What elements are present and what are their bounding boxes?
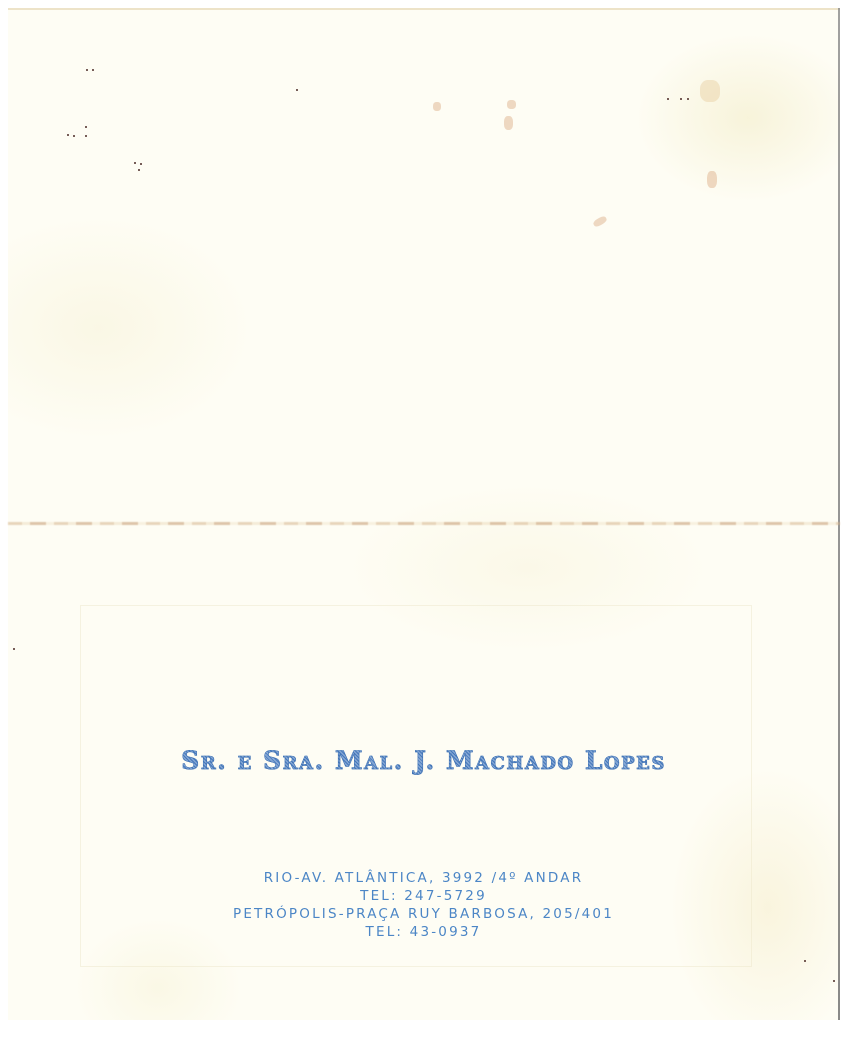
ink-speck (296, 89, 298, 91)
ink-speck (73, 135, 75, 137)
ink-speck (680, 98, 682, 100)
stain (504, 116, 513, 130)
paper-top-edge (8, 8, 840, 10)
ink-speck (86, 69, 88, 71)
stain (507, 100, 516, 109)
address-line-rio: RIO-AV. ATLÂNTICA, 3992 /4º ANDAR (0, 869, 847, 887)
ink-speck (13, 648, 15, 650)
card-heading: Sr. e Sra. Mal. J. Machado Lopes (0, 746, 847, 775)
phone-line-rio: TEL: 247-5729 (0, 887, 847, 905)
card-heading-text: Sr. e Sra. Mal. J. Machado Lopes (181, 746, 666, 775)
ink-speck (134, 162, 136, 164)
ink-speck (667, 98, 669, 100)
fold-crease (8, 522, 840, 525)
stain (700, 80, 720, 102)
ink-speck (85, 126, 87, 128)
stain (433, 102, 441, 111)
ink-speck (138, 169, 140, 171)
ink-speck (804, 960, 806, 962)
address-line-petropolis: PETRÓPOLIS-PRAÇA RUY BARBOSA, 205/401 (0, 905, 847, 923)
ink-speck (85, 135, 87, 137)
phone-line-petropolis: TEL: 43-0937 (0, 923, 847, 941)
ink-speck (833, 980, 835, 982)
ink-speck (140, 163, 142, 165)
stain (707, 171, 717, 188)
stain (592, 215, 608, 228)
ink-speck (687, 98, 689, 100)
ink-speck (92, 69, 94, 71)
address-block: RIO-AV. ATLÂNTICA, 3992 /4º ANDAR TEL: 2… (0, 869, 847, 941)
ink-speck (67, 134, 69, 136)
